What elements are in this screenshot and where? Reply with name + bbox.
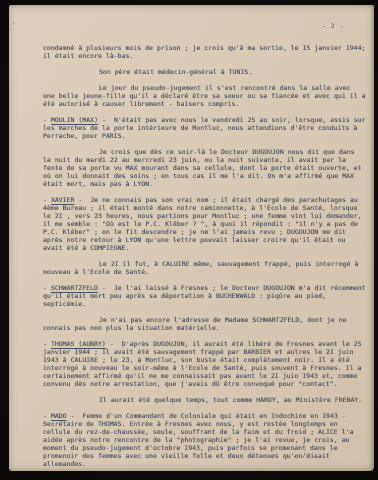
entry-name: XAVIER	[51, 196, 74, 204]
entry-name: MADO	[51, 412, 67, 420]
paragraph: Le 2I il fut, à CALUIRE même, sauvagemen…	[43, 260, 366, 276]
page-number: - 2 -	[322, 22, 344, 30]
paragraph: Il aurait été quelque temps, tout comme …	[43, 396, 366, 404]
entry-name: MOULIN (MAX)	[51, 116, 98, 124]
entry-paragraph: - XAVIER - Je ne connais pas son vrai no…	[43, 196, 366, 252]
continuation-mark: .../...	[288, 451, 322, 459]
paragraph: Le jour du pseudo-jugement il s'est renc…	[43, 84, 366, 108]
entry-paragraph: - SCHWARTZFELD - Je l'ai laissé à Fresne…	[43, 284, 366, 308]
paragraph: Son père était médecin-général à TUNIS.	[43, 68, 366, 76]
entry-name: SCHWARTZFELD	[51, 284, 98, 292]
scan-frame: ' - 2 - condamné à plusieurs mois de pri…	[0, 0, 378, 480]
paragraph: condamné à plusieurs mois de prison ; je…	[43, 44, 366, 60]
entry-name: THOMAS (AUBRY)	[51, 340, 106, 348]
document-body: condamné à plusieurs mois de prison ; je…	[43, 44, 366, 476]
paragraph: Je crois que dès ce soir-là le Docteur D…	[43, 148, 366, 188]
stray-mark: '	[10, 21, 17, 31]
entry-paragraph: - THOMAS (AUBRY) - D'après DUGOUJON, il …	[43, 340, 366, 388]
document-page: ' - 2 - condamné à plusieurs mois de pri…	[9, 5, 374, 471]
entry-paragraph: - MOULIN (MAX) - N'était pas avec nous l…	[43, 116, 366, 140]
entry-paragraph: - MADO - Femme d'un Commandant de Coloni…	[43, 412, 366, 468]
paragraph: Je n'ai pas encore l'adresse de Madame S…	[43, 316, 366, 332]
